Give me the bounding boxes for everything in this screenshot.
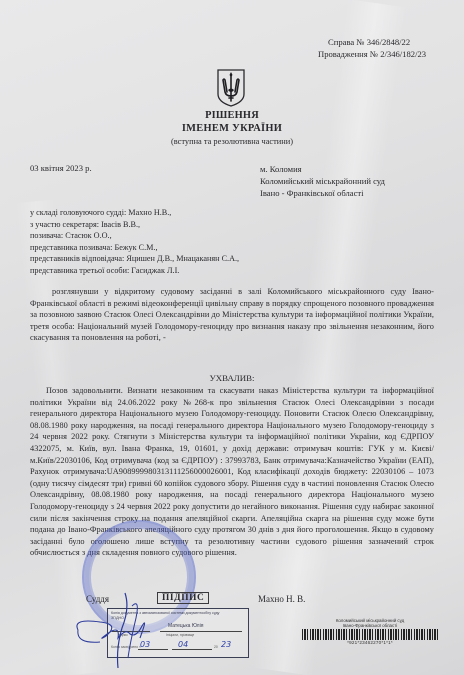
court-info: м. Коломия Коломийський міськрайонний су… <box>260 163 385 199</box>
court-decision-document: Справа № 346/2848/22 Провадження № 2/346… <box>0 0 464 675</box>
case-number: Справа № 346/2848/22 <box>318 37 428 49</box>
document-title-secondary: ІМЕНЕМ УКРАЇНИ <box>0 123 464 134</box>
document-title: РІШЕННЯ <box>0 110 464 121</box>
certified-year-prefix: 20 <box>214 645 218 649</box>
document-subtitle: (вступна та резолютивна частини) <box>0 137 464 146</box>
certified-year: 23 <box>221 640 231 649</box>
judge-name: Махно Н. В. <box>258 594 305 604</box>
participant-line: представника третьої особи: Гасиджак Л.І… <box>30 265 239 277</box>
decision-date: 03 квітня 2023 р. <box>30 163 92 173</box>
ruling-heading: УХВАЛИВ: <box>0 373 464 383</box>
handwritten-signature-icon <box>70 588 190 673</box>
participant-line: позивача: Стасюк О.О., <box>30 230 239 242</box>
participant-line: з участю секретаря: Івасів В.В., <box>30 219 239 231</box>
tryzub-coat-of-arms-icon <box>216 68 246 108</box>
barcode-icon <box>302 629 438 640</box>
participants-list: у складі головуючого судді: Махно Н.В., … <box>30 207 239 276</box>
court-name: Коломийський міськрайонний суд <box>260 175 385 187</box>
document-barcode: Коломийський міськрайонний суд Івано-Фра… <box>300 618 440 645</box>
barcode-region-line: Івано-Франківської області <box>300 623 440 628</box>
participant-line: у складі головуючого судді: Махно Н.В., <box>30 207 239 219</box>
ruling-paragraph: Позов задовольнити. Визнати незаконним т… <box>30 385 434 559</box>
intro-paragraph: розглянувши у відкритому судовому засіда… <box>30 286 434 344</box>
court-city: м. Коломия <box>260 163 385 175</box>
participant-line: представників відповідача: Яцишен Д.В., … <box>30 253 239 265</box>
participant-line: представника позивача: Бежук С.М., <box>30 242 239 254</box>
case-reference: Справа № 346/2848/22 Провадження № 2/346… <box>318 37 428 60</box>
barcode-number: *921*23462270*1*1* <box>300 640 440 645</box>
court-region: Івано - Франківської області <box>260 187 385 199</box>
proceedings-number: Провадження № 2/346/182/23 <box>318 49 428 61</box>
